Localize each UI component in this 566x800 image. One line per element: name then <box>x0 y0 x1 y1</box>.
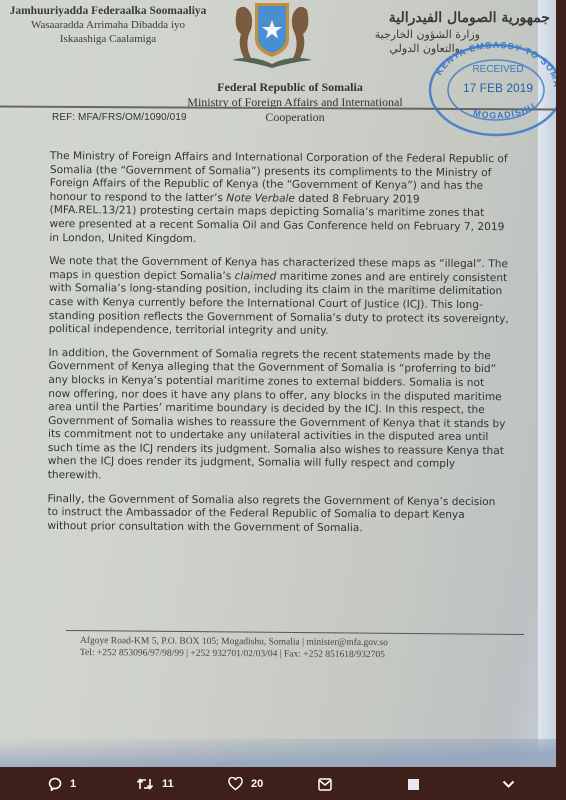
envelope-icon <box>318 778 332 791</box>
letter-body: The Ministry of Foreign Affairs and Inte… <box>47 150 510 547</box>
chevron-down-icon <box>502 780 515 789</box>
like-count: 20 <box>251 778 263 790</box>
direct-message-button[interactable] <box>318 778 332 791</box>
paragraph-3-text: In addition, the Government of Somalia r… <box>48 347 506 482</box>
stamp-received: RECEIVED <box>472 64 523 75</box>
more-options-button[interactable] <box>502 780 515 789</box>
somali-line-2: Wasaaradda Arrimaha Dibadda iyo <box>8 18 208 32</box>
reply-icon <box>48 777 62 791</box>
footer-contacts: Tel: +252 853096/97/98/99 | +252 932701/… <box>80 647 500 662</box>
stamp-bottom-text: MOGADISHU <box>472 101 537 121</box>
paragraph-4-text: Finally, the Government of Somalia also … <box>47 493 495 534</box>
document-photo: Jamhuuriyadda Federaalka Soomaaliya Wasa… <box>0 0 556 767</box>
somali-line-1: Jamhuuriyadda Federaalka Soomaaliya <box>8 4 208 18</box>
media-button[interactable] <box>408 779 419 790</box>
received-stamp: KENYA EMBASSY TO SOMALIA RECEIVED 17 FEB… <box>420 38 556 138</box>
retweet-count: 11 <box>162 778 174 790</box>
somalia-coat-of-arms-icon <box>222 0 322 70</box>
somali-letterhead: Jamhuuriyadda Federaalka Soomaaliya Wasa… <box>8 4 208 46</box>
paragraph-2-emphasis: claimed <box>235 270 277 282</box>
somali-line-3: Iskaashiga Caalamiga <box>8 32 208 46</box>
retweet-button[interactable]: 11 <box>136 777 174 791</box>
arabic-line-1: جمهورية الصومال الفيدرالية <box>320 8 550 28</box>
reply-button[interactable]: 1 <box>48 777 76 791</box>
paragraph-4: Finally, the Government of Somalia also … <box>47 493 507 537</box>
heart-icon <box>228 777 243 791</box>
svg-text:MOGADISHU: MOGADISHU <box>472 101 537 121</box>
paragraph-3: In addition, the Government of Somalia r… <box>48 347 509 486</box>
reference-number: REF: MFA/FRS/OM/1090/019 <box>52 112 187 123</box>
english-title: Federal Republic of Somalia <box>100 80 420 95</box>
paragraph-1: The Ministry of Foreign Affairs and Inte… <box>49 150 510 248</box>
paragraph-1-emphasis: Note Verbale <box>226 192 295 204</box>
paragraph-2: We note that the Government of Kenya has… <box>49 255 510 340</box>
reply-count: 1 <box>70 778 76 790</box>
letter-footer: Afgoye Road-KM 5, P.O. BOX 105; Mogadish… <box>80 635 500 662</box>
stamp-date: 17 FEB 2019 <box>463 81 533 95</box>
retweet-icon <box>136 777 154 791</box>
footer-divider <box>66 630 524 635</box>
media-icon <box>408 779 419 790</box>
tweet-action-bar: 1 11 20 <box>0 768 566 800</box>
like-button[interactable]: 20 <box>228 777 263 791</box>
